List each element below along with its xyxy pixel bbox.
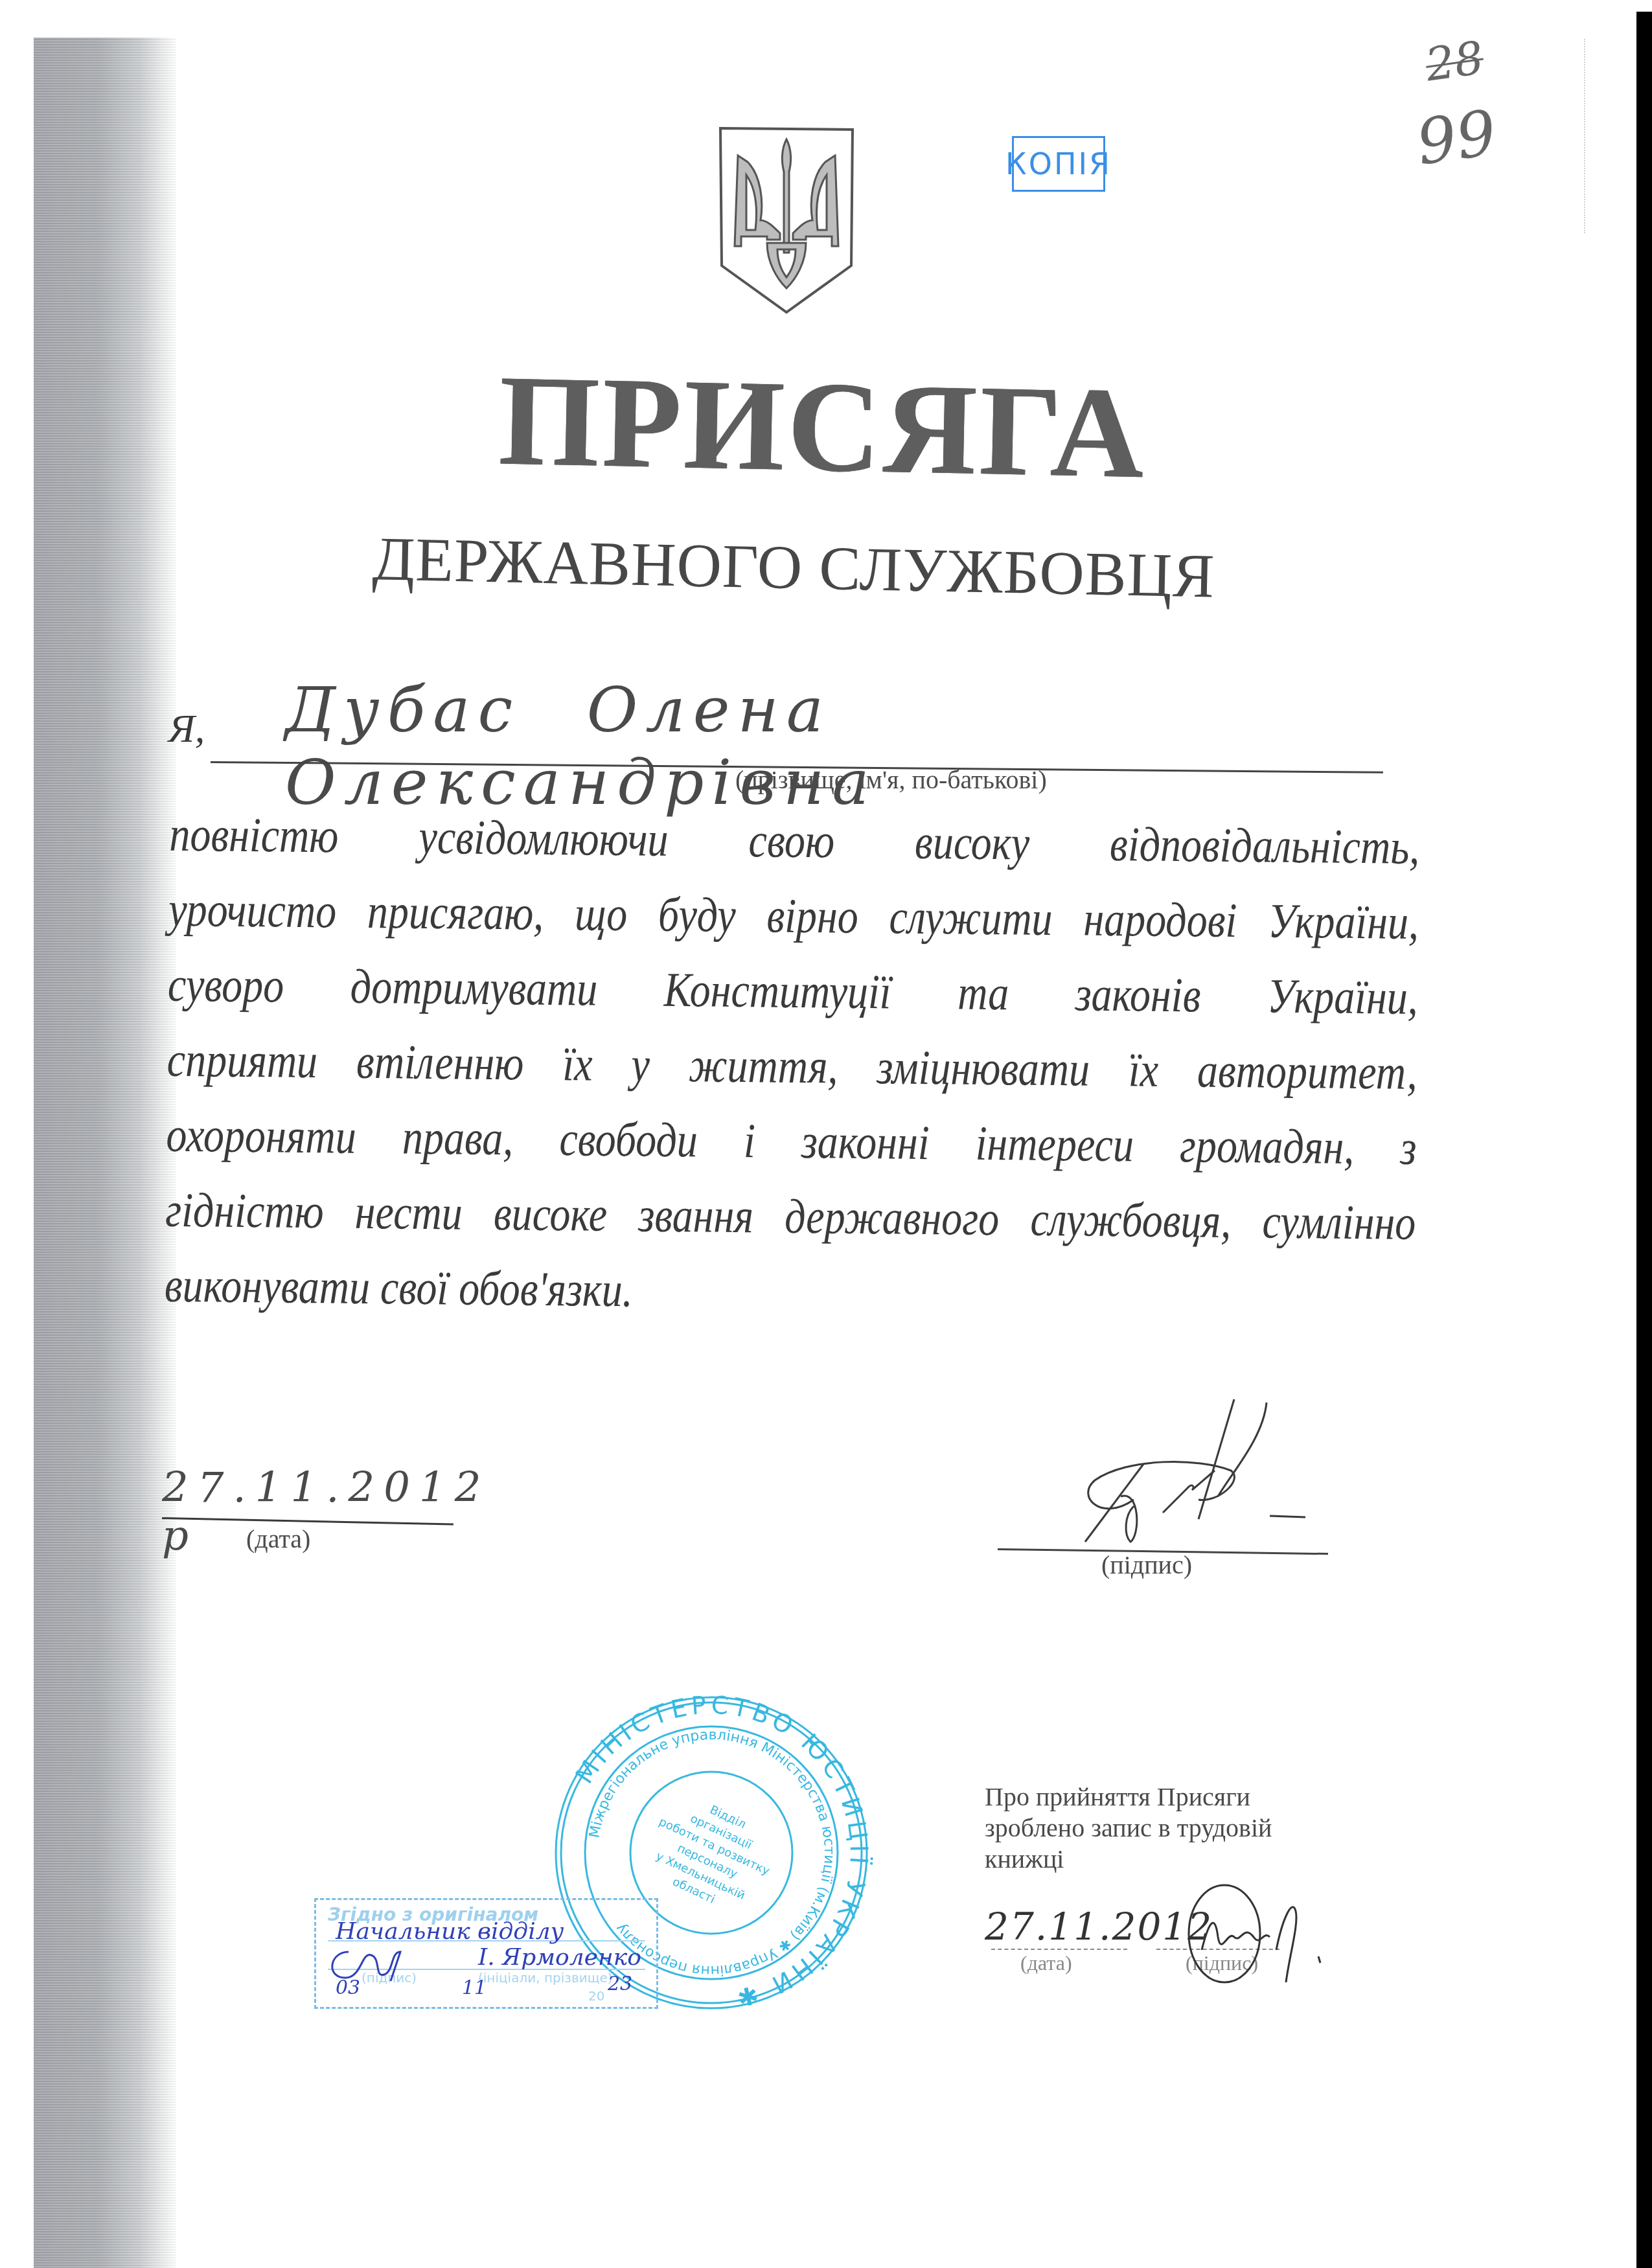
record-line: Про прийняття Присяги [985,1781,1348,1813]
record-date-underline [991,1949,1127,1950]
handwritten-month: 11 [462,1976,487,1999]
document-title: ПРИСЯГА [303,352,1342,503]
document-subtitle: ДЕРЖАВНОГО СЛУЖБОВЦЯ [258,520,1329,615]
oath-line: виконувати свої обов'язки. [164,1241,1415,1343]
oath-text: повністю усвідомлюючи свою високу відпов… [164,797,1419,1336]
certified-name-caption: (ініціали, прізвище) [478,1970,613,1986]
certified-copy-stamp: Згідно з оригіналом (підпис) (ініціали, … [314,1898,658,2009]
scan-margin-artifact [1584,39,1590,233]
scan-right-border [1636,0,1652,2268]
name-caption: (прізвище, ім'я, по-батькові) [735,764,1047,795]
certified-year-prefix: 20 [588,1988,604,2004]
trident-coat-of-arms-icon [715,123,858,317]
oath-signature-field: (підпис) [985,1367,1348,1600]
handwritten-date: 27.11.2012 р [162,1464,499,1560]
record-signature-icon [1179,1879,1348,1989]
record-date-caption: (дата) [1020,1951,1072,1975]
oath-name-field: Я, Дубас Олена Олександрівна (прізвище, … [168,674,1399,790]
handwritten-year: 23 [608,1973,632,1995]
copy-stamp-label: КОПІЯ [1005,146,1112,181]
oath-date-field: 27.11.2012 р (дата) [162,1464,499,1548]
scan-edge-shadow [34,38,176,2268]
oath-prefix: Я, [168,706,205,752]
signature-caption: (підпис) [1101,1550,1192,1580]
page-number-new: 99 [1412,97,1501,179]
work-book-record: Про прийняття Присяги зроблено запис в т… [985,1781,1348,2002]
copy-stamp: КОПІЯ [1012,136,1105,192]
record-line: зроблено запис в трудовій [985,1813,1348,1844]
handwritten-certifier-name: І. Ярмоленко [478,1944,641,1971]
record-line: книжці [985,1844,1348,1875]
handwritten-signature-icon [985,1367,1348,1561]
archive-page-number: 28 99 [1403,31,1501,179]
scan-top-gap [1636,0,1652,12]
date-caption: (дата) [246,1524,310,1554]
handwritten-day: 03 [336,1976,360,1999]
page-number-old: 28 [1422,28,1508,91]
